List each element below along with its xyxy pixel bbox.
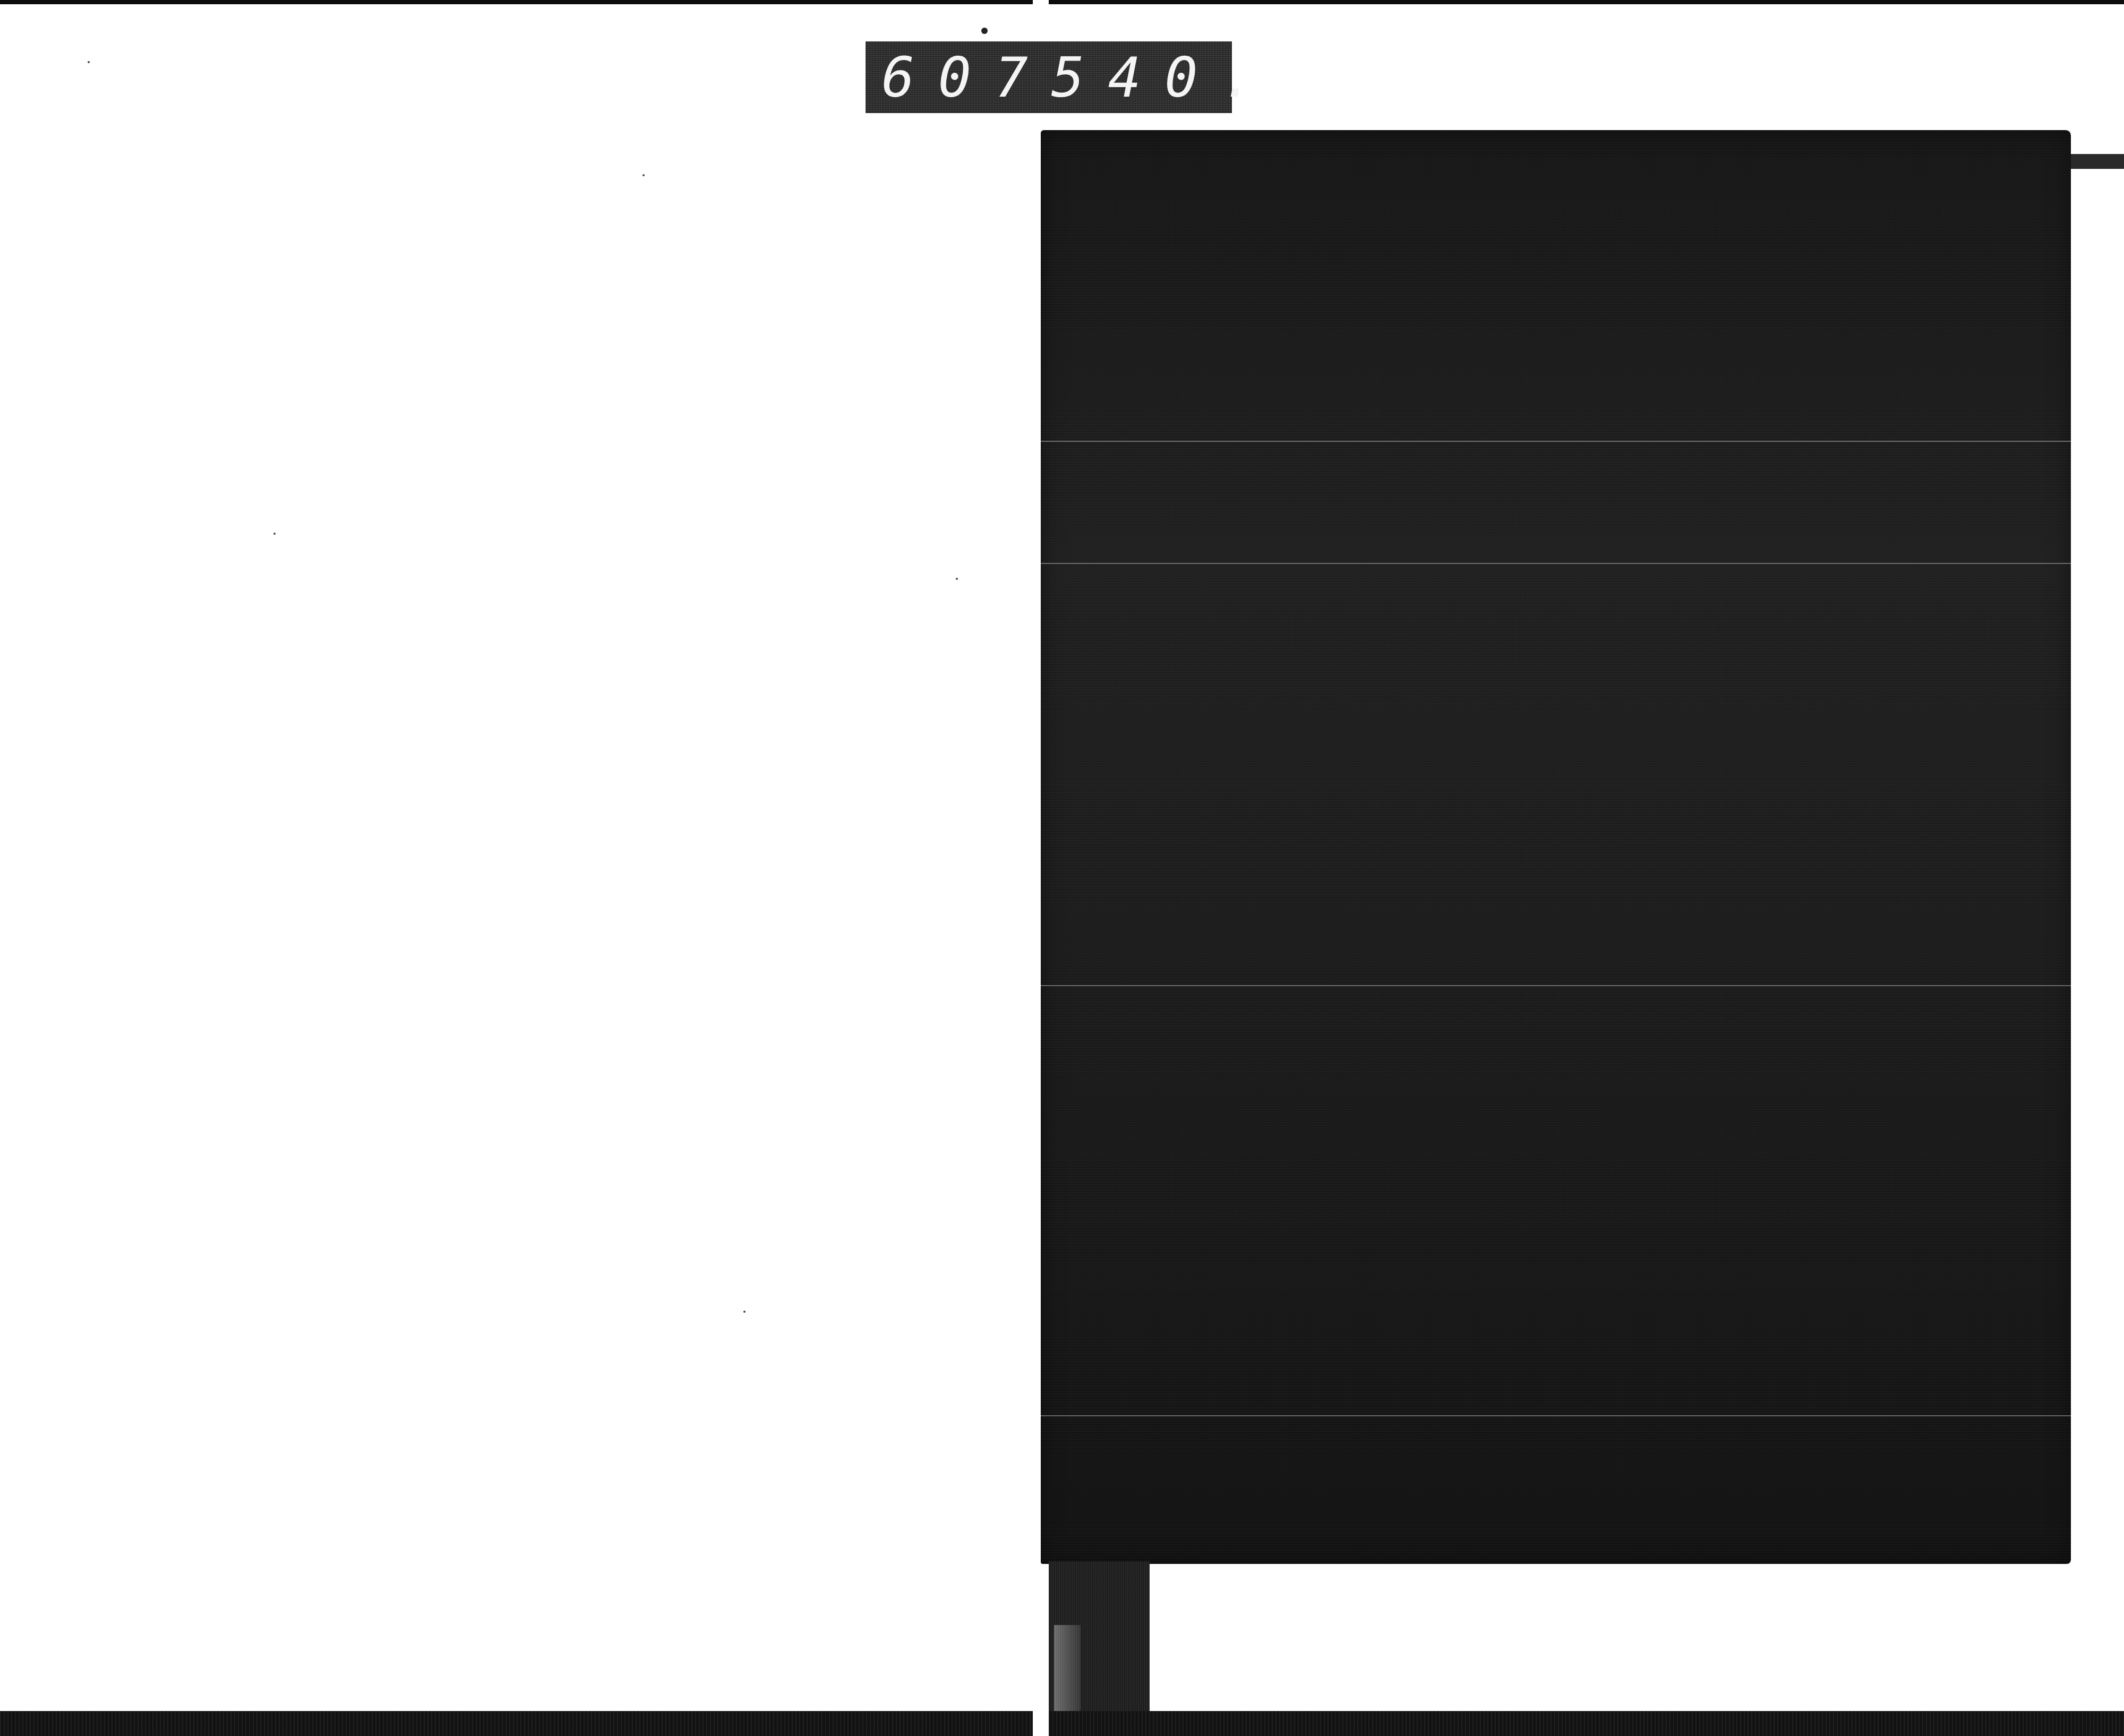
cover-board	[1041, 130, 2071, 1564]
spine-highlight	[1054, 1625, 1081, 1711]
scan-line	[1041, 563, 2071, 564]
left-page-blank	[0, 4, 1033, 1711]
board-edge-tab	[2071, 154, 2124, 169]
dust-speck	[273, 533, 276, 535]
frame-number-label: 607 540.	[866, 41, 1232, 113]
dust-speck	[643, 174, 645, 176]
board-texture	[1041, 130, 2071, 1564]
scan-line	[1041, 985, 2071, 986]
dust-speck	[743, 1311, 746, 1313]
dust-speck	[956, 578, 958, 580]
dust-speck	[88, 61, 90, 63]
frame-number-right: 540.	[1051, 50, 1278, 105]
frame-number-left: 607	[881, 50, 1051, 105]
film-border-bottom-right	[1049, 1711, 2124, 1736]
film-border-bottom-left	[0, 1711, 1033, 1736]
label-marker-dot	[981, 28, 988, 34]
film-gap	[1033, 0, 1049, 4]
scan-line	[1041, 441, 2071, 442]
film-border-top	[0, 0, 2124, 4]
scan-line	[1041, 1415, 2071, 1416]
